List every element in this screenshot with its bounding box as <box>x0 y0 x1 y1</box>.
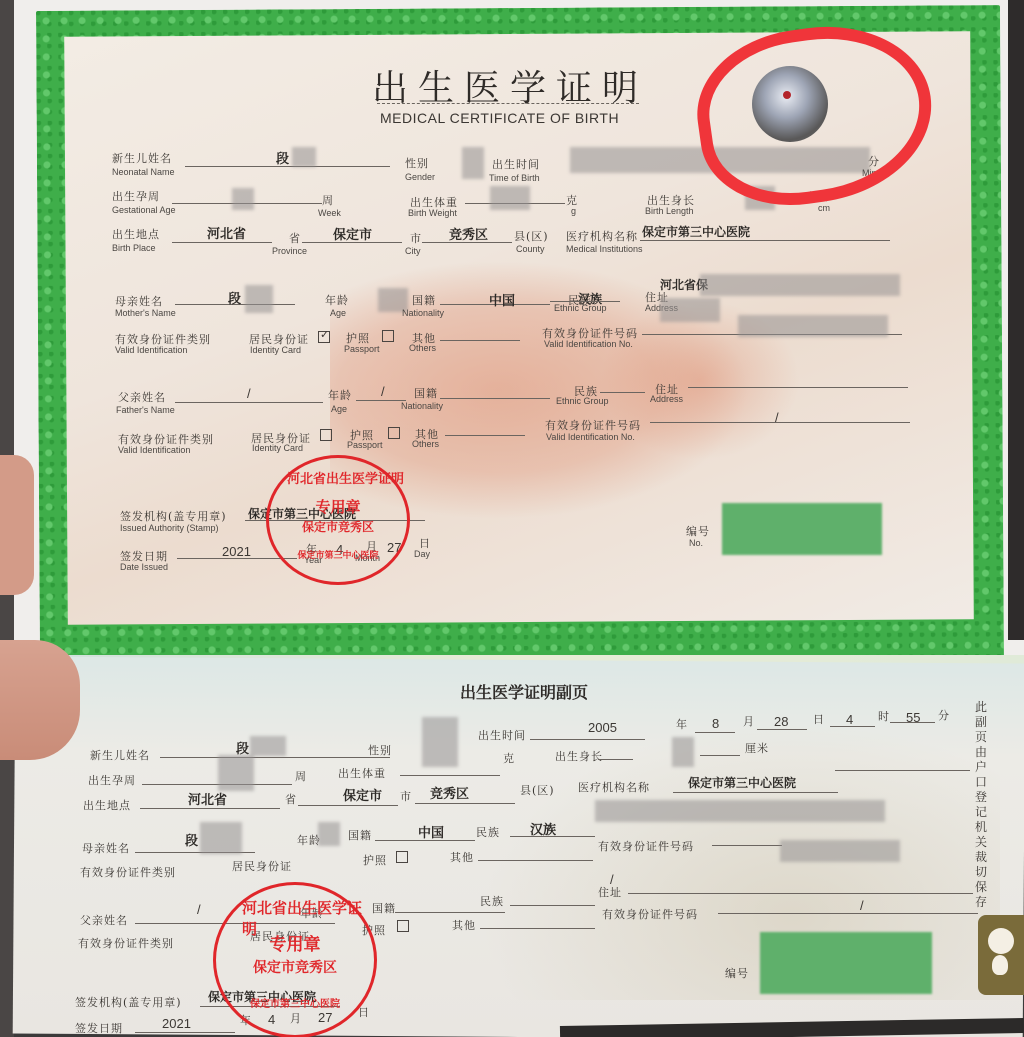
father-id-type-label-en: Valid Identification <box>118 445 190 455</box>
stub-neonatal-name-label: 新生儿姓名 <box>90 747 150 763</box>
field-line <box>400 775 500 776</box>
stub-mother-name-value: 段 <box>185 830 198 849</box>
stamp-district-text: 保定市竞秀区 <box>216 957 374 977</box>
field-line <box>478 860 593 861</box>
hand-thumb <box>0 640 80 760</box>
mother-others-label-en: Others <box>409 343 436 353</box>
redaction <box>462 147 484 179</box>
father-passport-checkbox[interactable] <box>388 427 400 439</box>
stub-cm-label: 厘米 <box>745 740 769 756</box>
father-nationality-label: 国籍 <box>414 385 438 401</box>
field-line <box>600 392 645 393</box>
stub-address-value: / <box>610 872 614 887</box>
field-line <box>695 732 735 733</box>
stub-others-label: 其他 <box>450 849 474 865</box>
gestational-age-label-en: Gestational Age <box>112 205 176 215</box>
hand-finger <box>0 455 34 595</box>
stamp-middle-text: 专用章 <box>269 496 407 517</box>
father-id-card-label-en: Identity Card <box>252 443 303 453</box>
field-line <box>598 759 633 760</box>
father-id-no-label: 有效身份证件号码 <box>545 417 641 433</box>
stub-month-label: 月 <box>743 713 755 729</box>
gender-label-en: Gender <box>405 172 435 182</box>
father-id-no-label-en: Valid Identification No. <box>546 432 635 442</box>
gestational-age-label: 出生孕周 <box>112 188 160 204</box>
stub-id-no-label: 有效身份证件号码 <box>598 838 694 854</box>
field-line <box>712 845 782 846</box>
field-line <box>395 912 505 913</box>
neonatal-name-value: 段 <box>276 148 289 167</box>
father-age-value: / <box>381 384 385 399</box>
stub-birth-day: 28 <box>774 714 788 729</box>
stamp-bottom-text: 保定市第三中心医院 <box>269 548 407 561</box>
stub-length-label: 出生身长 <box>555 748 603 764</box>
stub-institution-label: 医疗机构名称 <box>578 779 650 795</box>
stub-nationality-value: 中国 <box>418 822 444 841</box>
field-line <box>688 387 908 388</box>
father-age-label-en: Age <box>331 404 347 414</box>
city-value: 保定市 <box>333 224 372 243</box>
stub-week-label: 周 <box>295 768 307 784</box>
stub-passport-label: 护照 <box>363 852 387 868</box>
stub-place-label: 出生地点 <box>83 797 131 813</box>
father-passport-label-en: Passport <box>347 440 383 450</box>
issued-authority-label: 签发机构(盖专用章) <box>120 508 227 524</box>
stub-hour-label: 时 <box>878 708 890 724</box>
stub-birth-month: 8 <box>712 716 719 731</box>
neonatal-name-label-en: Neonatal Name <box>112 167 175 177</box>
redaction <box>218 755 254 791</box>
stub-father-id-type-label: 有效身份证件类别 <box>78 935 174 951</box>
certificate-number-redaction <box>722 503 882 555</box>
stub-day-label: 日 <box>813 711 825 727</box>
stub-issue-year: 2021 <box>162 1016 191 1031</box>
stub-city-label: 市 <box>400 788 412 804</box>
day-label-en: Day <box>414 549 430 559</box>
stub-gram-label: 克 <box>503 750 515 766</box>
field-line <box>440 340 520 341</box>
mother-nationality-value: 中国 <box>489 290 515 309</box>
field-line <box>673 792 838 793</box>
stub-birth-time-label: 出生时间 <box>478 727 526 743</box>
stub-birth-year: 2005 <box>588 720 617 735</box>
week-unit-en: Week <box>318 208 341 218</box>
field-line <box>356 400 406 401</box>
city-label-en: City <box>405 246 421 256</box>
stub-father-name-label: 父亲姓名 <box>80 912 128 928</box>
mother-name-label: 母亲姓名 <box>115 293 163 309</box>
stub-birth-minute: 55 <box>906 710 920 725</box>
field-line <box>640 240 890 241</box>
stub-gestational-label: 出生孕周 <box>88 772 136 788</box>
field-line <box>415 803 515 804</box>
counterfoil-stamp: 河北省出生医学证明 专用章 保定市竞秀区 保定市第三中心医院 <box>213 882 377 1037</box>
stub-father-others-label: 其他 <box>452 917 476 933</box>
stub-number-label: 编号 <box>725 965 749 981</box>
stub-father-id-no-label: 有效身份证件号码 <box>602 906 698 922</box>
field-line <box>835 770 970 771</box>
checkmark-icon: ✓ <box>320 328 329 341</box>
background-table-right <box>1008 0 1024 640</box>
stub-father-ethnic-label: 民族 <box>480 893 504 909</box>
county-label-en: County <box>516 244 545 254</box>
father-others-label-en: Others <box>412 439 439 449</box>
stub-birth-hour: 4 <box>846 712 853 727</box>
title-divider <box>377 103 639 104</box>
redaction <box>232 188 254 210</box>
redaction <box>660 298 720 322</box>
certificate-number-label: 编号 <box>686 523 710 539</box>
neonatal-name-label: 新生儿姓名 <box>112 150 172 166</box>
father-id-no-value: / <box>775 410 779 425</box>
father-name-value: / <box>247 386 251 401</box>
field-line <box>628 893 973 894</box>
institution-value: 保定市第三中心医院 <box>642 223 750 240</box>
mother-id-type-label-en: Valid Identification <box>115 345 187 355</box>
stamp-middle-text: 专用章 <box>216 930 374 955</box>
redaction <box>490 186 530 210</box>
stub-nationality-label: 国籍 <box>348 827 372 843</box>
issue-year-value: 2021 <box>222 544 251 559</box>
stub-institution-value: 保定市第三中心医院 <box>688 774 796 791</box>
stub-authority-label: 签发机构(盖专用章) <box>75 994 182 1010</box>
issued-authority-label-en: Issued Authority (Stamp) <box>120 523 219 533</box>
field-line <box>718 913 978 914</box>
stub-city-value: 保定市 <box>343 785 382 804</box>
mother-id-card-checkbox[interactable]: ✓ <box>318 331 330 343</box>
mother-name-label-en: Mother's Name <box>115 308 176 318</box>
gram-unit-en: g <box>571 206 576 216</box>
stub-date-label: 签发日期 <box>75 1020 123 1036</box>
gender-label: 性别 <box>405 155 429 171</box>
province-value: 河北省 <box>207 223 246 242</box>
father-ethnic-label-en: Ethnic Group <box>556 396 609 406</box>
field-line <box>480 928 595 929</box>
logo-emblem-detail <box>992 955 1008 975</box>
father-id-card-checkbox[interactable] <box>320 429 332 441</box>
birth-time-label-en: Time of Birth <box>489 173 540 183</box>
week-unit: 周 <box>322 192 334 208</box>
field-line <box>135 1032 235 1033</box>
stub-father-passport-checkbox[interactable] <box>397 920 409 932</box>
stub-province-label: 省 <box>285 791 297 807</box>
father-address-label-en: Address <box>650 394 683 404</box>
official-stamp: 河北省出生医学证明 专用章 保定市竞秀区 保定市第三中心医院 <box>266 455 410 585</box>
redaction <box>200 822 242 854</box>
stub-weight-label: 出生体重 <box>338 765 386 781</box>
certificate-number-label-en: No. <box>689 538 703 548</box>
mother-name-value: 段 <box>228 288 241 307</box>
redaction <box>245 285 273 313</box>
province-label: 省 <box>289 230 301 246</box>
field-line <box>298 805 398 806</box>
stamp-district-text: 保定市竞秀区 <box>269 518 407 535</box>
stub-ethnic-label: 民族 <box>476 824 500 840</box>
counterfoil-title: 出生医学证明副页 <box>460 680 588 703</box>
stub-father-id-no-value: / <box>860 898 864 913</box>
logo-emblem-detail <box>988 928 1014 954</box>
field-line <box>140 808 280 809</box>
mother-passport-checkbox[interactable] <box>382 330 394 342</box>
date-issued-label-en: Date Issued <box>120 562 168 572</box>
province-label-en: Province <box>272 246 307 256</box>
field-line <box>757 729 807 730</box>
stub-father-name-value: / <box>197 902 201 917</box>
institution-label: 医疗机构名称 <box>566 228 638 244</box>
mother-nationality-label: 国籍 <box>412 292 436 308</box>
birth-time-label: 出生时间 <box>492 156 540 172</box>
field-line <box>142 784 292 785</box>
redaction <box>422 717 458 767</box>
father-name-label-en: Father's Name <box>116 405 175 415</box>
birth-place-label-en: Birth Place <box>112 243 156 253</box>
stub-minute-label: 分 <box>938 707 950 723</box>
stub-mother-name-label: 母亲姓名 <box>82 840 130 856</box>
mother-id-no-label-en: Valid Identification No. <box>544 339 633 349</box>
father-nationality-label-en: Nationality <box>401 401 443 411</box>
stub-county-label: 县(区) <box>520 782 555 798</box>
redaction <box>292 147 316 167</box>
redaction <box>738 315 888 337</box>
stub-year-label: 年 <box>676 716 688 732</box>
redaction <box>250 736 286 756</box>
stamp-bottom-text: 保定市第三中心医院 <box>216 995 374 1010</box>
stub-province-value: 河北省 <box>188 789 227 808</box>
field-line <box>650 422 910 423</box>
city-label: 市 <box>410 230 422 246</box>
field-line <box>700 755 740 756</box>
field-line <box>510 905 595 906</box>
field-line <box>550 301 620 302</box>
mother-ethnic-label-en: Ethnic Group <box>554 303 607 313</box>
redaction <box>595 800 885 822</box>
field-line <box>172 242 272 243</box>
field-line <box>175 402 323 403</box>
birth-weight-label-en: Birth Weight <box>408 208 457 218</box>
redaction <box>780 840 900 862</box>
father-age-label: 年龄 <box>328 387 352 403</box>
field-line <box>160 757 390 758</box>
mother-age-label: 年龄 <box>325 292 349 308</box>
father-name-label: 父亲姓名 <box>118 389 166 405</box>
field-line <box>440 398 550 399</box>
mother-nationality-label-en: Nationality <box>402 308 444 318</box>
stub-id-card-label: 居民身份证 <box>232 858 292 874</box>
cm-unit-en: cm <box>818 203 830 213</box>
stub-passport-checkbox[interactable] <box>396 851 408 863</box>
stub-number-redaction <box>760 932 932 994</box>
institution-label-en: Medical Institutions <box>566 244 643 254</box>
mother-id-card-label-en: Identity Card <box>250 345 301 355</box>
field-line <box>445 435 525 436</box>
stub-ethnic-value: 汉族 <box>530 819 556 838</box>
redaction <box>672 737 694 767</box>
stub-id-type-label: 有效身份证件类别 <box>80 864 176 880</box>
certificate-title-en: MEDICAL CERTIFICATE OF BIRTH <box>380 110 619 126</box>
field-line <box>530 739 645 740</box>
mother-passport-label-en: Passport <box>344 344 380 354</box>
county-label: 县(区) <box>514 228 549 244</box>
stub-county-value: 竞秀区 <box>430 783 469 802</box>
counterfoil-side-note: 此副页由户口登记机关裁切保存 <box>975 700 991 910</box>
stub-father-nationality-label: 国籍 <box>372 900 396 916</box>
redaction <box>318 822 340 846</box>
birth-length-label-en: Birth Length <box>645 206 694 216</box>
birth-place-label: 出生地点 <box>112 226 160 242</box>
mother-age-label-en: Age <box>330 308 346 318</box>
county-value: 竞秀区 <box>449 224 488 243</box>
stub-gender-label: 性别 <box>368 742 392 758</box>
redaction <box>700 274 900 296</box>
stamp-ring-text: 河北省出生医学证明 <box>287 468 404 487</box>
